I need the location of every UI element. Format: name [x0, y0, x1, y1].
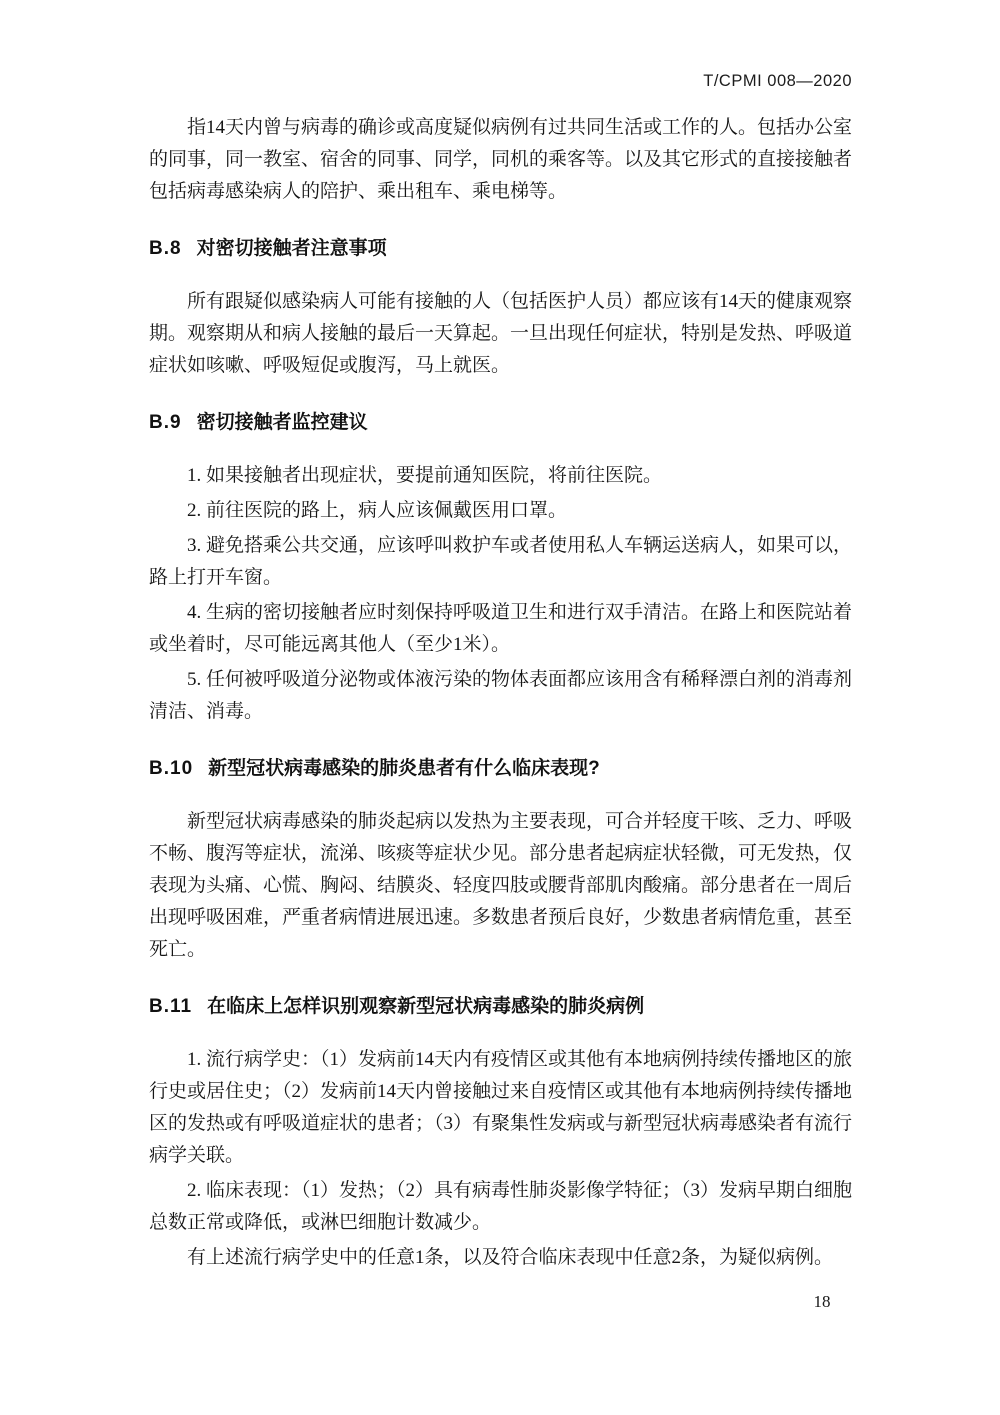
list-item-2: 2. 前往医院的路上，病人应该佩戴医用口罩。 — [149, 495, 852, 527]
section-heading-b9: B.9密切接触者监控建议 — [149, 408, 852, 438]
section-title-b11: 在临床上怎样识别观察新型冠状病毒感染的肺炎病例 — [207, 996, 644, 1017]
paragraph: 新型冠状病毒感染的肺炎起病以发热为主要表现，可合并轻度干咳、乏力、呼吸不畅、腹泻… — [149, 806, 852, 966]
paragraph: 2. 临床表现：（1）发热；（2）具有病毒性肺炎影像学特征；（3）发病早期白细胞… — [149, 1175, 852, 1239]
section-number-b9: B.9 — [149, 412, 182, 433]
paragraph: 所有跟疑似感染病人可能有接触的人（包括医护人员）都应该有14天的健康观察期。观察… — [149, 286, 852, 382]
document-page: T/CPMI 008—2020 指14天内曾与病毒的确诊或高度疑似病例有过共同生… — [0, 0, 1000, 1415]
page-number: 18 — [792, 1292, 852, 1312]
intro-paragraph: 指14天内曾与病毒的确诊或高度疑似病例有过共同生活或工作的人。包括办公室的同事，… — [149, 112, 852, 208]
list-item-3: 3. 避免搭乘公共交通，应该呼叫救护车或者使用私人车辆运送病人，如果可以，路上打… — [149, 530, 852, 594]
section-heading-b8: B.8对密切接触者注意事项 — [149, 234, 852, 264]
list-item-4: 4. 生病的密切接触者应时刻保持呼吸道卫生和进行双手清洁。在路上和医院站着或坐着… — [149, 597, 852, 661]
list-item-1: 1. 如果接触者出现症状，要提前通知医院，将前往医院。 — [149, 460, 852, 492]
section-title-b8: 对密切接触者注意事项 — [197, 238, 387, 259]
paragraph: 有上述流行病学史中的任意1条，以及符合临床表现中任意2条，为疑似病例。 — [149, 1242, 852, 1274]
section-number-b11: B.11 — [149, 996, 192, 1017]
section-number-b8: B.8 — [149, 238, 182, 259]
document-body: 指14天内曾与病毒的确诊或高度疑似病例有过共同生活或工作的人。包括办公室的同事，… — [149, 0, 852, 1277]
section-number-b10: B.10 — [149, 758, 193, 779]
section-heading-b10: B.10新型冠状病毒感染的肺炎患者有什么临床表现? — [149, 754, 852, 784]
section-title-b10: 新型冠状病毒感染的肺炎患者有什么临床表现? — [208, 758, 600, 779]
list-item-5: 5. 任何被呼吸道分泌物或体液污染的物体表面都应该用含有稀释漂白剂的消毒剂清洁、… — [149, 664, 852, 728]
section-heading-b11: B.11在临床上怎样识别观察新型冠状病毒感染的肺炎病例 — [149, 992, 852, 1022]
section-title-b9: 密切接触者监控建议 — [197, 412, 368, 433]
paragraph: 1. 流行病学史：（1）发病前14天内有疫情区或其他有本地病例持续传播地区的旅行… — [149, 1044, 852, 1172]
